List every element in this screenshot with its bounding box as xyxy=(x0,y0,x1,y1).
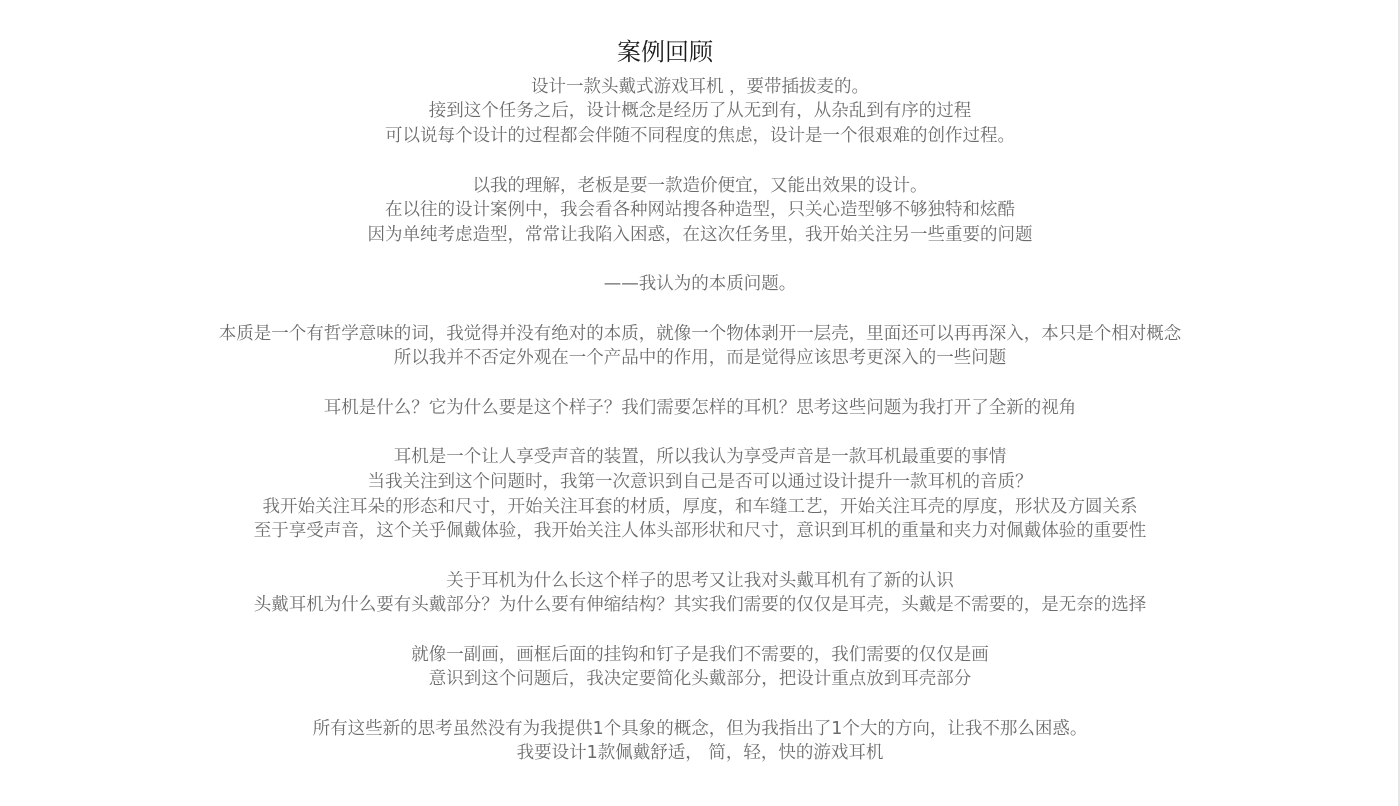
text-line: 意识到这个问题后，我决定要简化头戴部分，把设计重点放到耳壳部分 xyxy=(0,667,1400,691)
page-title: 案例回顾 xyxy=(0,36,1330,68)
text-line: 设计一款头戴式游戏耳机 ，要带插拔麦的。 xyxy=(0,75,1400,99)
text-line: 我要设计1款佩戴舒适， 简，轻，快的游戏耳机 xyxy=(0,741,1400,765)
text-line: 头戴耳机为什么要有头戴部分？为什么要有伸缩结构？其实我们需要的仅仅是耳壳，头戴是… xyxy=(0,593,1400,617)
text-line: 关于耳机为什么长这个样子的思考又让我对头戴耳机有了新的认识 xyxy=(0,569,1400,593)
article-page: 案例回顾 设计一款头戴式游戏耳机 ，要带插拔麦的。 接到这个任务之后，设计概念是… xyxy=(0,0,1398,806)
text-line: 可以说每个设计的过程都会伴随不同程度的焦虑，设计是一个很艰难的创作过程。 xyxy=(0,124,1400,148)
text-line: ——我认为的本质问题。 xyxy=(0,272,1400,296)
text-line: 在以往的设计案例中，我会看各种网站搜各种造型，只关心造型够不够独特和炫酷 xyxy=(0,198,1400,222)
text-line: 耳机是一个让人享受声音的装置，所以我认为享受声音是一款耳机最重要的事情 xyxy=(0,445,1400,469)
text-line: 所有这些新的思考虽然没有为我提供1个具象的概念，但为我指出了1个大的方向，让我不… xyxy=(0,717,1400,741)
text-line: 本质是一个有哲学意味的词，我觉得并没有绝对的本质，就像一个物体剥开一层壳，里面还… xyxy=(0,322,1400,346)
text-line: 因为单纯考虑造型，常常让我陷入困惑，在这次任务里，我开始关注另一些重要的问题 xyxy=(0,223,1400,247)
text-line: 耳机是什么？它为什么要是这个样子？我们需要怎样的耳机？思考这些问题为我打开了全新… xyxy=(0,396,1400,420)
text-line: 接到这个任务之后，设计概念是经历了从无到有，从杂乱到有序的过程 xyxy=(0,99,1400,123)
text-line: 我开始关注耳朵的形态和尺寸，开始关注耳套的材质，厚度，和车缝工艺，开始关注耳壳的… xyxy=(0,495,1400,519)
text-line: 当我关注到这个问题时，我第一次意识到自己是否可以通过设计提升一款耳机的音质？ xyxy=(0,470,1400,494)
text-line: 所以我并不否定外观在一个产品中的作用，而是觉得应该思考更深入的一些问题 xyxy=(0,346,1400,370)
text-line: 至于享受声音，这个关乎佩戴体验，我开始关注人体头部形状和尺寸，意识到耳机的重量和… xyxy=(0,519,1400,543)
text-line: 以我的理解，老板是要一款造价便宜，又能出效果的设计。 xyxy=(0,174,1400,198)
text-line: 就像一副画，画框后面的挂钩和钉子是我们不需要的，我们需要的仅仅是画 xyxy=(0,643,1400,667)
